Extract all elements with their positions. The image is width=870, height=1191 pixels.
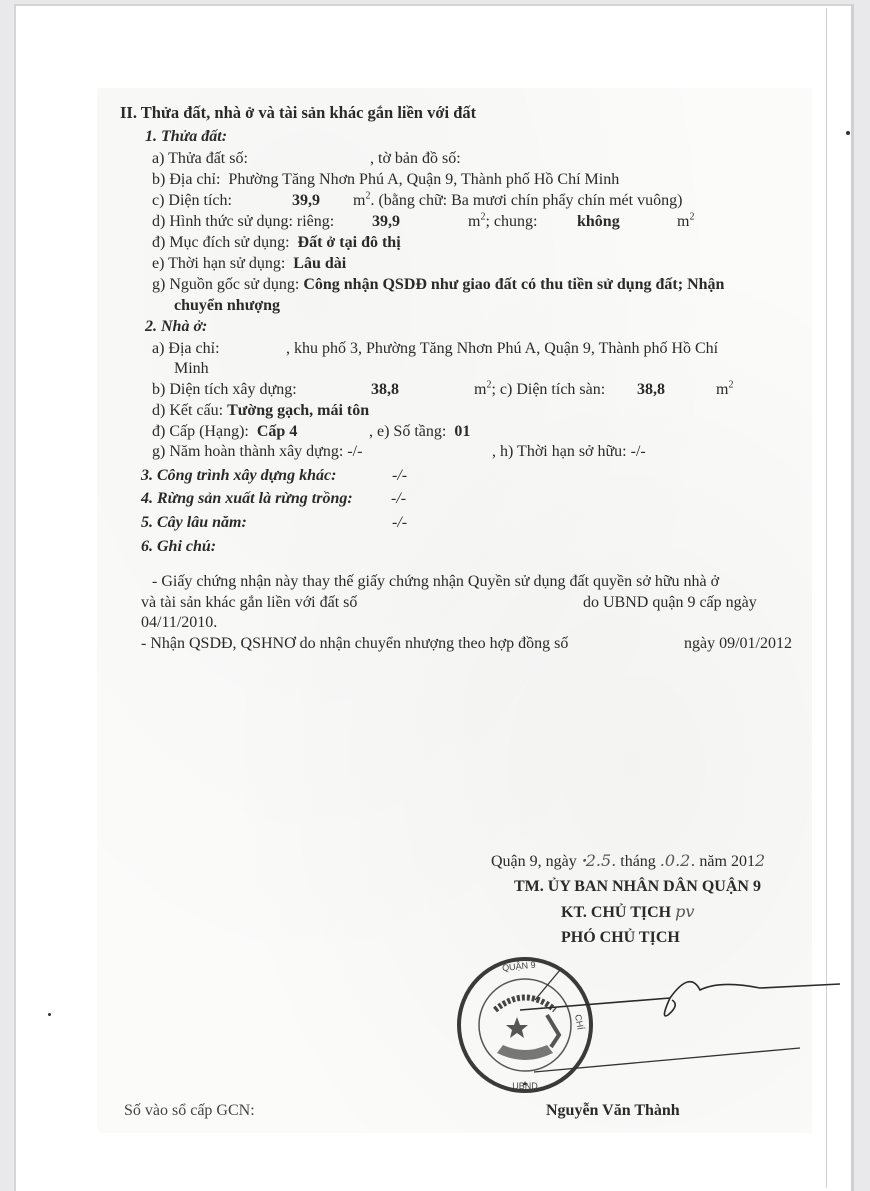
land-origin-row: g) Nguồn gốc sử dụng: Công nhận QSDĐ như… xyxy=(152,276,724,294)
issue-year-digit: 2 xyxy=(755,851,765,870)
land-area-label: c) Diện tích: xyxy=(152,192,232,210)
issue-day: ꞏ2.5. xyxy=(581,851,616,870)
house-floor-area-unit: m2 xyxy=(716,381,733,399)
house-build-area-label: b) Diện tích xây dựng: xyxy=(152,381,297,399)
signer-name: Nguyễn Văn Thành xyxy=(546,1102,680,1120)
stray-mark xyxy=(48,1013,51,1016)
land-term-value: Lâu dài xyxy=(293,255,346,272)
land-area-words: m2. (bằng chữ: Ba mươi chín phẩy chín mé… xyxy=(353,192,682,210)
stray-mark xyxy=(846,131,850,135)
land-address-label: b) Địa chỉ: xyxy=(152,171,220,188)
house-floors-value: 01 xyxy=(454,423,470,440)
house-address-label: a) Địa chỉ: xyxy=(152,340,220,358)
perennial-trees-label: 5. Cây lâu năm: xyxy=(141,514,247,532)
house-heading: 2. Nhà ở: xyxy=(145,318,207,336)
house-structure-row: d) Kết cấu: Tường gạch, mái tôn xyxy=(152,402,369,420)
role-chairman: KT. CHỦ TỊCH pv xyxy=(561,903,694,922)
note-1-line-2: và tài sản khác gắn liền với đất số xyxy=(141,594,357,612)
land-origin-value-cont: chuyển nhượng xyxy=(174,297,280,315)
land-address-row: b) Địa chỉ: Phường Tăng Nhơn Phú A, Quận… xyxy=(152,171,619,189)
land-common-label: m2; chung: xyxy=(468,213,537,231)
house-address-value: , khu phố 3, Phường Tăng Nhơn Phú A, Quậ… xyxy=(286,340,718,358)
house-build-area-value: 38,8 xyxy=(371,381,399,399)
other-works-label: 3. Công trình xây dựng khác: xyxy=(141,467,336,485)
land-heading: 1. Thửa đất: xyxy=(145,128,227,146)
land-common-value: không xyxy=(577,213,620,231)
house-grade-row: đ) Cấp (Hạng): Cấp 4 xyxy=(152,423,297,441)
land-origin-value: Công nhận QSDĐ như giao đất có thu tiền … xyxy=(303,276,724,293)
role-vice-chairman: PHÓ CHỦ TỊCH xyxy=(561,929,680,947)
planted-forest-value: -/- xyxy=(391,490,406,508)
section-title: II. Thửa đất, nhà ở và tài sản khác gắn … xyxy=(120,104,476,122)
house-floor-area-value: 38,8 xyxy=(637,381,665,399)
other-works-value: -/- xyxy=(392,467,407,485)
land-area-value: 39,9 xyxy=(292,192,320,210)
house-completion-year: g) Năm hoàn thành xây dựng: -/- xyxy=(152,443,362,461)
land-parcel-number-label: a) Thửa đất số: xyxy=(152,150,248,168)
note-1-issuer: do UBND quận 9 cấp ngày xyxy=(583,594,757,612)
house-address-value-cont: Minh xyxy=(174,360,209,378)
initials: pv xyxy=(675,902,694,921)
planted-forest-label: 4. Rừng sản xuất là rừng trồng: xyxy=(141,490,353,508)
issue-month: .0.2. xyxy=(660,851,696,870)
perennial-trees-value: -/- xyxy=(392,514,407,532)
issue-date: Quận 9, ngày ꞏ2.5. tháng .0.2. năm 2012 xyxy=(491,852,765,871)
land-purpose-row: đ) Mục đích sử dụng: Đất ở tại đô thị xyxy=(152,234,401,252)
land-address-value: Phường Tăng Nhơn Phú A, Quận 9, Thành ph… xyxy=(228,171,619,188)
house-ownership-term: , h) Thời hạn sở hữu: -/- xyxy=(492,443,646,461)
land-map-sheet-label: , tờ bản đồ số: xyxy=(370,150,461,168)
signature-icon xyxy=(520,960,840,1080)
note-1-date: 04/11/2010. xyxy=(141,614,217,632)
land-purpose-value: Đất ở tại đô thị xyxy=(298,234,401,251)
note-2-date: ngày 09/01/2012 xyxy=(684,635,792,653)
note-1-line-1: - Giấy chứng nhận này thay thế giấy chứn… xyxy=(152,573,719,591)
notes-heading: 6. Ghi chú: xyxy=(141,538,216,556)
registry-number-label: Số vào sổ cấp GCN: xyxy=(124,1102,255,1120)
house-floors-row: , e) Số tầng: 01 xyxy=(369,423,470,441)
house-grade-value: Cấp 4 xyxy=(257,423,297,440)
house-structure-value: Tường gạch, mái tôn xyxy=(227,402,369,419)
land-common-unit: m2 xyxy=(677,213,694,231)
land-usage-form-label: d) Hình thức sử dụng: riêng: xyxy=(152,213,334,231)
note-2: - Nhận QSDĐ, QSHNƠ do nhận chuyển nhượng… xyxy=(141,635,568,653)
authority: TM. ỦY BAN NHÂN DÂN QUẬN 9 xyxy=(514,878,761,896)
land-private-area: 39,9 xyxy=(372,213,400,231)
land-term-row: e) Thời hạn sử dụng: Lâu dài xyxy=(152,255,346,273)
house-floor-area-label: m2; c) Diện tích sàn: xyxy=(474,381,605,399)
